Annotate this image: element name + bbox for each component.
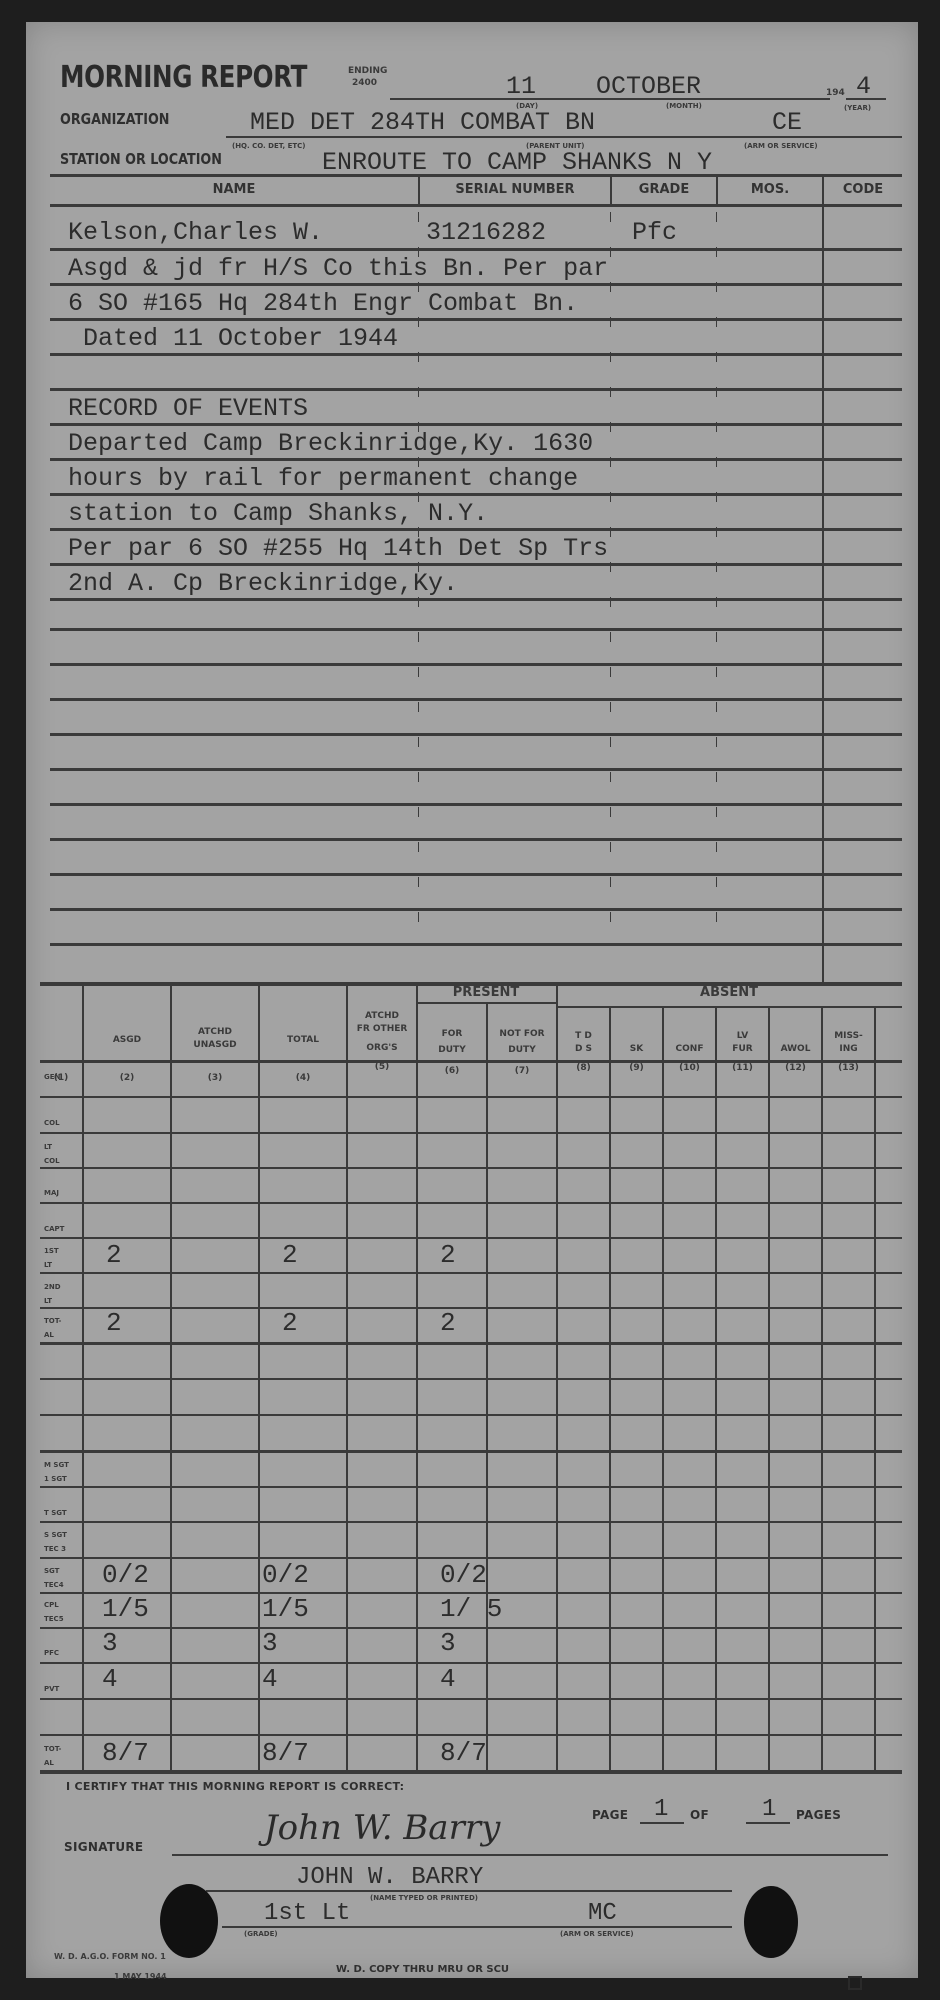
cell-enlisted-total-asgd: 8/7: [102, 1738, 149, 1768]
row-label-pfc: PFC: [44, 1648, 59, 1658]
signature-script: John W. Barry: [264, 1808, 500, 1848]
col-divider: [874, 1006, 876, 1770]
cell-pvt-total: 4: [262, 1664, 278, 1694]
arm-caption: (ARM OR SERVICE): [560, 1930, 634, 1938]
col-divider: [416, 984, 418, 1770]
station-label: STATION OR LOCATION: [60, 150, 222, 168]
serial-column-ticks: [418, 212, 419, 947]
col-header-lv-fur: LVFUR(11): [717, 1030, 768, 1075]
row-label-maj: MAJ: [44, 1188, 59, 1198]
cell-pfc-total: 3: [262, 1628, 278, 1658]
cell-sgt-asgd: 0/2: [102, 1560, 149, 1590]
record-line: 2nd A. Cp Breckinridge,Ky.: [68, 569, 458, 598]
grade-column-ticks: [610, 212, 611, 947]
signature-label: SIGNATURE: [64, 1840, 143, 1854]
record-line: station to Camp Shanks, N.Y.: [68, 499, 488, 528]
report-year-digit: 4: [856, 72, 871, 101]
col-divider: [82, 984, 84, 1770]
org-caption-unit: (HQ. CO. DET, ETC): [232, 142, 306, 150]
cell-1st-lt-total: 2: [282, 1240, 298, 1270]
cell-pvt-for-duty: 4: [440, 1664, 456, 1694]
col-divider-code: [822, 176, 824, 984]
record-line: Departed Camp Breckinridge,Ky. 1630: [68, 429, 593, 458]
cell-cpl-for-duty: 1/ 5: [440, 1594, 502, 1624]
org-caption-arm: (ARM OR SERVICE): [744, 142, 818, 150]
station-value: ENROUTE TO CAMP SHANKS N Y: [322, 148, 712, 177]
row-label-s-sgt: S SGTTEC 3: [44, 1530, 67, 1554]
report-month: OCTOBER: [596, 72, 701, 101]
row-label-capt: CAPT: [44, 1224, 64, 1234]
col-divider: [662, 1006, 664, 1770]
organization-value: MED DET 284TH COMBAT BN: [250, 108, 595, 137]
certify-statement: I CERTIFY THAT THIS MORNING REPORT IS CO…: [66, 1780, 404, 1793]
cell-cpl-asgd: 1/5: [102, 1594, 149, 1624]
name-caption: (NAME TYPED OR PRINTED): [370, 1894, 478, 1902]
mos-column-ticks: [716, 212, 717, 947]
cell-officer-total-asgd: 2: [106, 1308, 122, 1338]
roster-line: Asgd & jd fr H/S Co this Bn. Per par: [68, 254, 608, 283]
col-header-not-for-duty: NOT FORDUTY(7): [488, 1028, 556, 1078]
col-header-for-duty: FORDUTY(6): [418, 1028, 486, 1078]
header-grade: GRADE: [612, 182, 716, 197]
absent-divider: [556, 1006, 902, 1008]
page-label: PAGE: [592, 1808, 628, 1822]
col-divider: [609, 1006, 611, 1770]
header-code: CODE: [824, 182, 902, 197]
col-header-awol: AWOL(12): [770, 1043, 821, 1075]
cell-officer-total-for-duty: 2: [440, 1308, 456, 1338]
record-of-events-heading: RECORD OF EVENTS: [68, 394, 308, 423]
col-divider: [556, 984, 558, 1770]
roster-line: 6 SO #165 Hq 284th Engr Combat Bn.: [68, 289, 578, 318]
record-line: hours by rail for permanent change: [68, 464, 578, 493]
pages-label: PAGES: [796, 1808, 841, 1822]
form-id: W. D. A.G.O. FORM NO. 1: [54, 1952, 166, 1961]
cell-pfc-asgd: 3: [102, 1628, 118, 1658]
organization-arm-value: CE: [772, 108, 802, 137]
form-title: MORNING REPORT: [60, 60, 307, 95]
page-number: 1: [654, 1796, 668, 1823]
row-label-gen: GEN: [44, 1072, 60, 1082]
header-serial-number: SERIAL NUMBER: [420, 182, 610, 197]
organization-label: ORGANIZATION: [60, 110, 169, 128]
cell-sgt-total: 0/2: [262, 1560, 309, 1590]
absent-header: ABSENT: [556, 986, 902, 999]
arm-value: MC: [588, 1900, 617, 1927]
roster-line-name: Kelson,Charles W.: [68, 218, 323, 247]
cell-1st-lt-for-duty: 2: [440, 1240, 456, 1270]
report-day: 11: [506, 72, 536, 101]
col-divider: [715, 1006, 717, 1770]
row-label-m-sgt: M SGT1 SGT: [44, 1460, 69, 1484]
present-divider: [416, 1002, 556, 1004]
grade-value: 1st Lt: [264, 1900, 350, 1927]
month-caption: (MONTH): [666, 102, 702, 110]
col-divider: [258, 984, 260, 1770]
cell-1st-lt-asgd: 2: [106, 1240, 122, 1270]
row-label-2nd-lt: 2NDLT: [44, 1282, 61, 1306]
col-header-atchd-unasgd: ATCHDUNASGD(3): [172, 1026, 258, 1085]
page-total: 1: [762, 1796, 776, 1823]
morning-report-form: MORNING REPORT ENDING 2400 11 OCTOBER 19…: [26, 22, 918, 1978]
present-header: PRESENT: [416, 986, 556, 999]
ending-time-label: 2400: [352, 78, 377, 88]
header-mos: MOS.: [718, 182, 822, 197]
row-label-t-sgt: T SGT: [44, 1508, 67, 1518]
grade-line: [222, 1926, 732, 1928]
name-line: [206, 1890, 732, 1892]
row-label-lt-col: LTCOL: [44, 1142, 60, 1166]
punch-hole-left: [160, 1884, 218, 1958]
record-line: Per par 6 SO #255 Hq 14th Det Sp Trs: [68, 534, 608, 563]
row-label-enlisted-total: TOT-AL: [44, 1744, 61, 1768]
col-divider: [346, 984, 348, 1770]
form-date: 1 MAY 1944: [114, 1972, 167, 1981]
cell-enlisted-total-total: 8/7: [262, 1738, 309, 1768]
col-header-sk: SK(9): [611, 1043, 662, 1075]
header-divider: [50, 174, 902, 177]
row-label-pvt: PVT: [44, 1684, 59, 1694]
cell-cpl-total: 1/5: [262, 1594, 309, 1624]
roster-line-serial: 31216282: [426, 218, 546, 247]
copy-note: W. D. COPY THRU MRU OR SCU: [336, 1964, 509, 1975]
col-header-td-ds: T DD S(8): [558, 1030, 609, 1075]
checkbox-icon: [848, 1976, 862, 1990]
row-label-1st-lt: 1STLT: [44, 1246, 59, 1270]
grade-caption: (GRADE): [244, 1930, 278, 1938]
col-divider: [821, 1006, 823, 1770]
cell-pfc-for-duty: 3: [440, 1628, 456, 1658]
punch-hole-right: [744, 1886, 798, 1958]
name-typed: JOHN W. BARRY: [296, 1864, 483, 1891]
roster-line: Dated 11 October 1944: [68, 324, 398, 353]
col-header-atchd-other: ATCHDFR OTHERORG'S(5): [348, 1010, 416, 1074]
row-label-cpl: CPLTEC5: [44, 1600, 64, 1624]
cell-pvt-asgd: 4: [102, 1664, 118, 1694]
col-divider: [170, 984, 172, 1770]
col-header-conf: CONF(10): [664, 1043, 715, 1075]
cell-sgt-for-duty: 0/2: [440, 1560, 487, 1590]
col-divider: [768, 1006, 770, 1770]
col-header-missing: MISS-ING(13): [823, 1030, 874, 1075]
col-divider: [486, 1002, 488, 1770]
row-label-col: COL: [44, 1118, 60, 1128]
of-label: OF: [690, 1808, 709, 1822]
header-name: NAME: [50, 182, 418, 197]
cell-officer-total-total: 2: [282, 1308, 298, 1338]
row-label-officer-total: TOT-AL: [44, 1316, 61, 1340]
year-caption: (YEAR): [844, 104, 871, 112]
row-label-sgt: SGTTEC4: [44, 1566, 64, 1590]
strength-header-bottom: [40, 1060, 902, 1063]
roster-line-grade: Pfc: [632, 218, 677, 247]
signature-line: [172, 1854, 888, 1856]
ending-label: ENDING: [348, 66, 387, 76]
year-prefix: 194: [826, 88, 845, 98]
cell-enlisted-total-for-duty: 8/7: [440, 1738, 487, 1768]
roster-header-bottom: [50, 204, 902, 207]
